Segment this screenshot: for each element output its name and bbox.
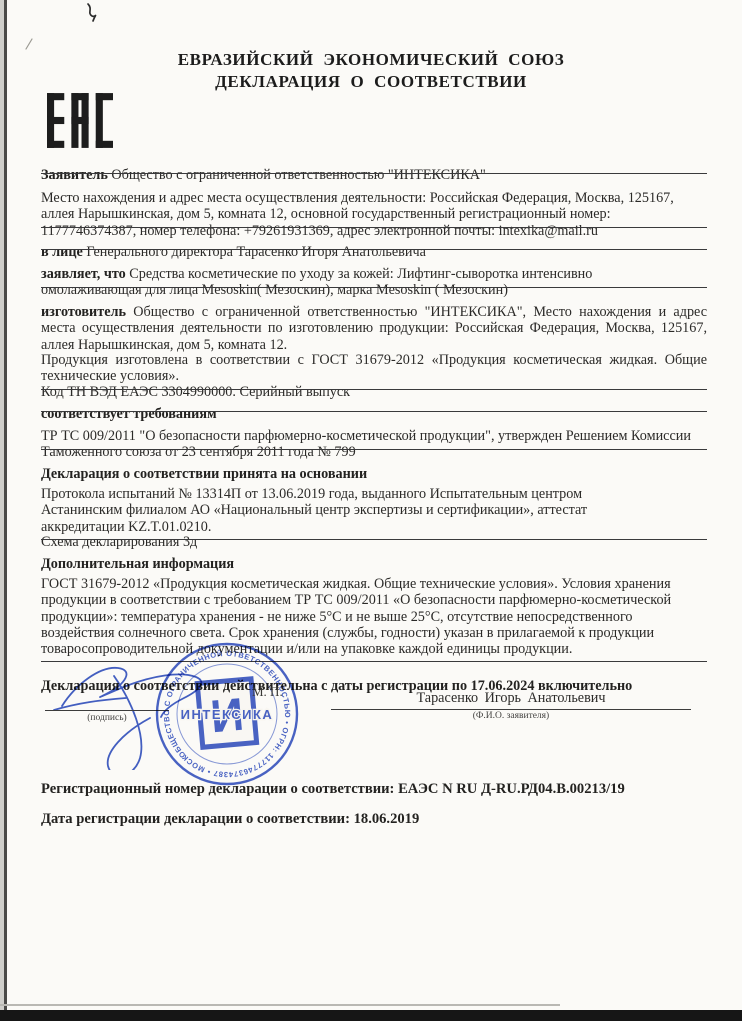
manufacturer-label: изготовитель [41,304,126,320]
section-divider [41,227,707,228]
reg-date-value: 18.06.2019 [354,811,420,827]
seal-placeholder-label: М. П. [252,684,283,700]
manufacturer-line: изготовитель Общество с ограниченной отв… [41,304,707,353]
fio-caption: (Ф.И.О. заявителя) [331,711,691,721]
scan-edge-left-dark [4,0,7,1010]
basis-text: Протокола испытаний № 13314П от 13.06.20… [41,486,641,535]
applicant-value: Общество с ограниченной ответственностью… [111,167,485,183]
stamp-company-name: ИНТЕКСИКА [181,707,274,722]
signature-line [45,710,169,711]
additional-heading: Дополнительная информация [41,556,707,572]
signature-caption: (подпись) [45,713,169,723]
title-line-2: ДЕКЛАРАЦИЯ О СООТВЕТСТВИИ [0,72,742,92]
reg-number-value: ЕАЭС N RU Д-RU.РД04.В.00213/19 [398,781,625,797]
registration-date-line: Дата регистрации декларации о соответств… [41,811,707,827]
section-divider [41,287,707,288]
basis-heading: Декларация о соответствии принята на осн… [41,466,707,482]
reg-number-label: Регистрационный номер декларации о соотв… [41,781,394,797]
eac-conformity-mark-icon [47,93,113,148]
applicant-fio-name: Тарасенко Игорь Анатольевич [331,690,691,707]
complies-heading: соответствует требованиям [41,406,707,422]
scan-edge-bottom-black [0,1010,742,1021]
declares-line: заявляет, что Средства косметические по … [41,266,671,298]
address-text: Место нахождения и адрес места осуществл… [41,190,707,239]
section-divider [41,449,707,450]
applicant-fio-block: Тарасенко Игорь Анатольевич (Ф.И.О. заяв… [331,690,691,721]
section-divider [41,249,707,250]
manufacturer-value: Общество с ограниченной ответственностью… [41,304,707,352]
scan-edge-bottom-gray [0,1004,560,1006]
reg-date-label: Дата регистрации декларации о соответств… [41,811,350,827]
applicant-label: Заявитель [41,167,108,183]
production-standard-text: Продукция изготовлена в соответствии с Г… [41,352,707,384]
in-person-line: в лице Генерального директора Тарасенко … [41,244,707,260]
in-person-value: Генерального директора Тарасенко Игоря А… [86,244,426,260]
fio-line [331,709,691,710]
section-divider [41,173,707,174]
applicant-line: Заявитель Общество с ограниченной ответс… [41,167,707,183]
section-divider [41,389,707,390]
declares-label: заявляет, что [41,266,126,282]
tnved-code-line: Код ТН ВЭД ЕАЭС 3304990000. Серийный вып… [41,384,707,400]
section-divider [41,539,707,540]
registration-number-line: Регистрационный номер декларации о соотв… [41,781,707,797]
scheme-line: Схема декларирования 3д [41,534,707,550]
section-divider [41,411,707,412]
company-stamp: ОБЩЕСТВО С ОГРАНИЧЕННОЙ ОТВЕТСТВЕННОСТЬЮ… [152,639,302,789]
ink-mark-icon [84,2,102,24]
scanned-declaration-page: ЕВРАЗИЙСКИЙ ЭКОНОМИЧЕСКИЙ СОЮЗ ДЕКЛАРАЦИ… [0,0,742,1021]
in-person-label: в лице [41,244,83,260]
title-line-1: ЕВРАЗИЙСКИЙ ЭКОНОМИЧЕСКИЙ СОЮЗ [0,50,742,70]
complies-text: ТР ТС 009/2011 "О безопасности парфюмерн… [41,428,707,460]
